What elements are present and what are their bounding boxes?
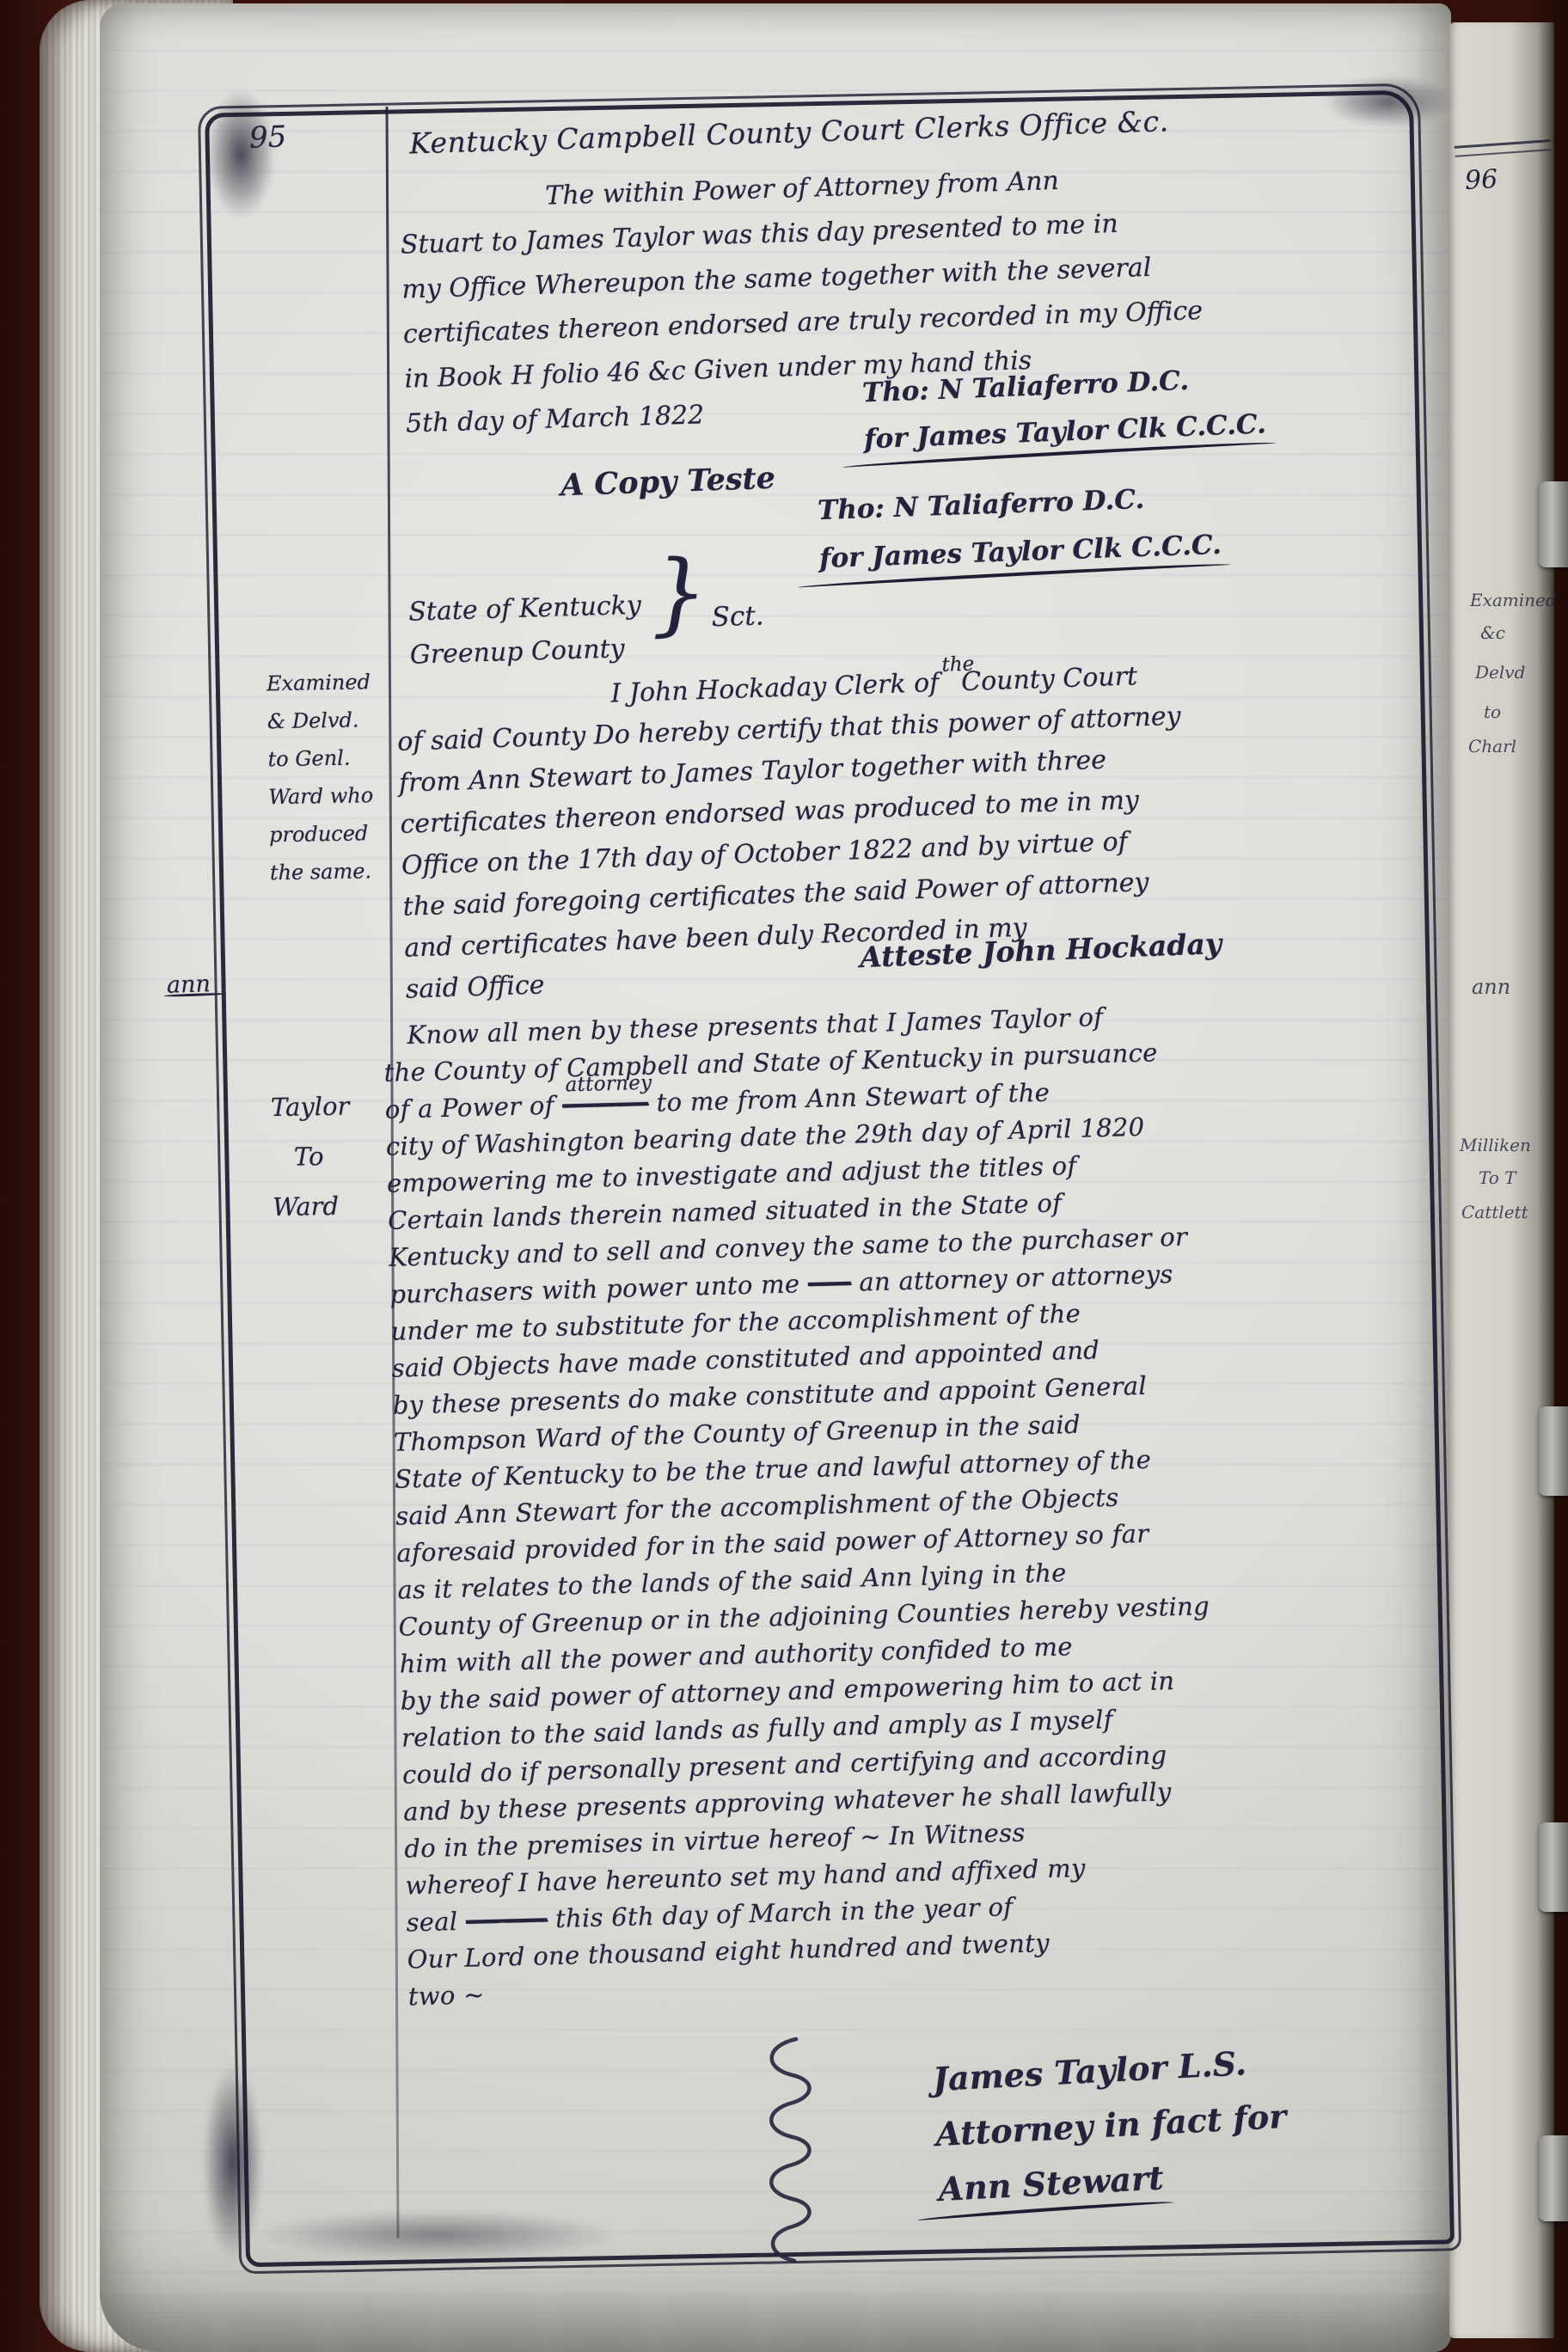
- venue-sct: Sct.: [711, 594, 764, 639]
- page-clasp: [1539, 1822, 1568, 1912]
- scratched-out-word: ––– ––––: [465, 1904, 548, 1935]
- deed-book-photograph: { "document_type": "Deed book page - rec…: [0, 0, 1568, 2352]
- adjacent-text-fragment: ann: [1472, 975, 1510, 999]
- adjacent-text-fragment: Examined: [1470, 590, 1557, 610]
- adjacent-text-fragment: to: [1484, 701, 1501, 722]
- adjacent-text-fragment: Milliken: [1460, 1135, 1531, 1155]
- folio-number: 95: [248, 119, 287, 155]
- page-clasp: [1539, 2135, 1568, 2221]
- interlined-word: attorney: [565, 1065, 652, 1105]
- power-of-attorney-body: Know all men by these presents that I Ja…: [383, 990, 1440, 2015]
- margin-catchword: ann: [166, 971, 211, 999]
- copy-teste-label: A Copy Teste: [560, 461, 775, 504]
- margin-note-line: & Delvd.: [266, 701, 396, 741]
- taylor-signature-block: James Taylor L.S. Attorney in fact for A…: [931, 2026, 1437, 2217]
- margin-note-line: the same.: [270, 852, 400, 892]
- deputy-clerk-signature: Tho: N Taliaferro D.C. for James Taylor …: [861, 352, 1329, 463]
- venue-brace: }: [650, 570, 708, 615]
- page-clasp: [1539, 481, 1568, 567]
- case-label-line: To: [272, 1130, 384, 1182]
- page-clasp: [1539, 1406, 1568, 1496]
- adjacent-text-fragment: Delvd: [1475, 662, 1525, 683]
- adjacent-text-fragment: Cattlett: [1461, 1202, 1528, 1222]
- venue-caption: State of Kentucky Greenup County } Sct.: [408, 578, 858, 677]
- adjacent-text-fragment: &c: [1480, 622, 1505, 643]
- adjacent-text-fragment: Charl: [1468, 736, 1516, 756]
- case-label-line: Taylor: [270, 1081, 383, 1132]
- scratched-out-word: ––––: [807, 1268, 851, 1298]
- margin-note-line: to Genl.: [267, 738, 397, 779]
- interlined-word: the: [941, 644, 975, 686]
- margin-examined-note: Examined & Delvd. to Genl. Ward who prod…: [266, 663, 400, 892]
- case-label-line: Ward: [273, 1180, 385, 1232]
- signature-line: Ann Stewart: [937, 2150, 1165, 2217]
- adjacent-folio-number: 96: [1464, 164, 1498, 196]
- ink-smudge: [203, 2063, 263, 2261]
- ink-smudge: [258, 2209, 619, 2261]
- margin-note-line: produced: [269, 814, 399, 854]
- margin-case-label: Taylor To Ward: [270, 1081, 384, 1232]
- adjacent-text-fragment: To T: [1479, 1167, 1516, 1188]
- margin-note-line: Examined: [266, 663, 396, 703]
- copy-signature: Tho: N Taliaferro D.C. for James Taylor …: [817, 469, 1319, 583]
- flourish-squiggle: [758, 2034, 818, 2266]
- margin-note-line: Ward who: [268, 776, 398, 817]
